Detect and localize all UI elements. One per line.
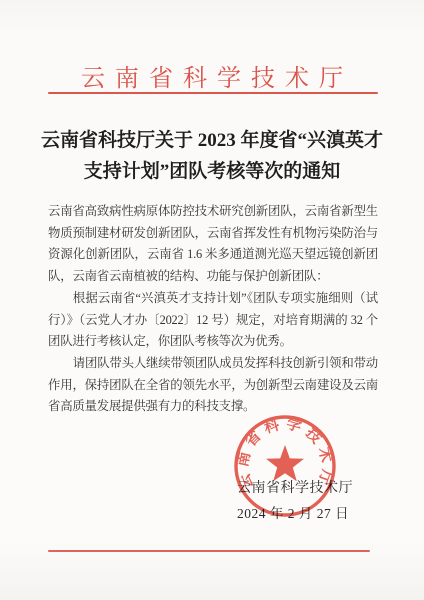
document-title-line-2: 支持计划”团队考核等次的通知	[22, 156, 402, 187]
letterhead-divider-rule	[48, 92, 378, 94]
letterhead-agency-title: 云南省科学技术厅	[0, 58, 424, 93]
body-paragraph-assessment: 根据云南省“兴滇英才支持计划”《团队专项实施细则（试行）》（云党人才办〔2022…	[48, 288, 378, 353]
scanned-official-document: 云南省科学技术厅 云南省科技厅关于 2023 年度省“兴滇英才 支持计划”团队考…	[0, 0, 424, 600]
signature-agency: 云南省科学技术厅	[237, 477, 353, 497]
footer-rule	[48, 550, 370, 552]
document-title: 云南省科技厅关于 2023 年度省“兴滇英才 支持计划”团队考核等次的通知	[22, 125, 402, 187]
star-icon	[266, 445, 304, 481]
signature-date: 2024 年 2 月 27 日	[237, 502, 349, 522]
document-title-line-1: 云南省科技厅关于 2023 年度省“兴滇英才	[22, 125, 402, 156]
body-paragraph-encouragement: 请团队带头人继续带领团队成员发挥科技创新引领和带动作用，保持团队在全省的领先水平…	[48, 353, 378, 418]
addressee-paragraph: 云南省高致病性病原体防控技术研究创新团队，云南省新型生物质预制建材研发创新团队，…	[48, 201, 378, 288]
seal-ring	[236, 417, 334, 515]
document-body: 云南省高致病性病原体防控技术研究创新团队，云南省新型生物质预制建材研发创新团队，…	[48, 201, 378, 418]
